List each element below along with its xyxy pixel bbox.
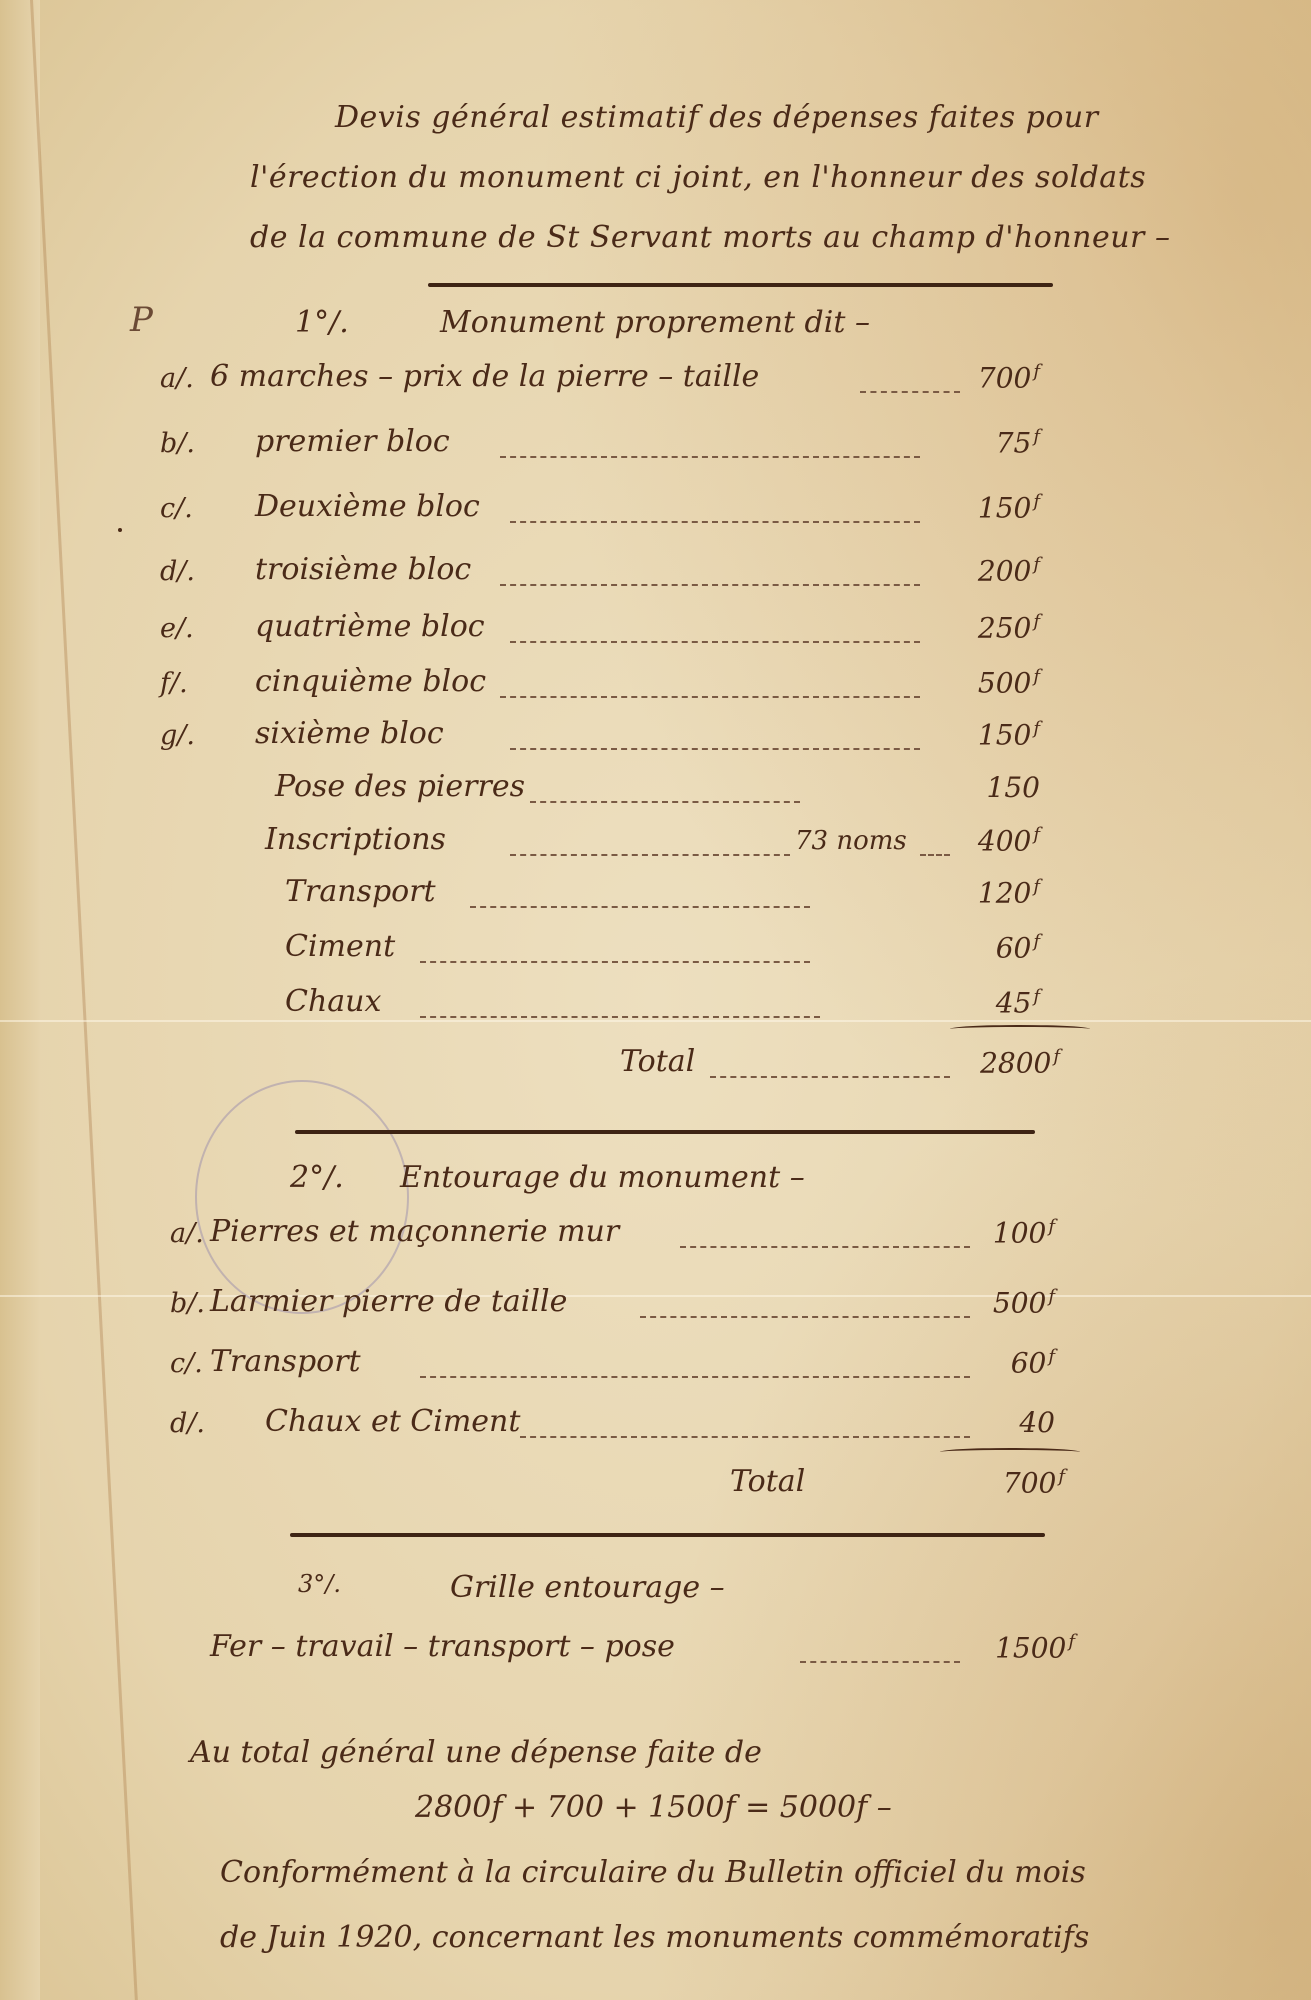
section-2-total: Total 700f — [0, 1460, 1311, 1510]
closing-line-2: de Juin 1920, concernant les monuments c… — [220, 1920, 1089, 1955]
section-1-title: Monument proprement dit – — [440, 305, 870, 340]
line-item: a/. 6 marches – prix de la pierre – tail… — [0, 355, 1311, 405]
line-item: Inscriptions 73 noms 400f — [0, 818, 1311, 868]
line-item: b/. Larmier pierre de taille 500f — [0, 1280, 1311, 1330]
section-divider — [290, 1533, 1045, 1537]
section-3-title: Grille entourage – — [450, 1570, 725, 1605]
line-item: Fer – travail – transport – pose 1500f — [0, 1625, 1311, 1675]
line-item: Chaux 45f — [0, 980, 1311, 1030]
total-underline — [950, 1025, 1090, 1033]
section-3-number: 3°/. — [298, 1570, 341, 1598]
heading-line-3: de la commune de St Servant morts au cha… — [250, 220, 1170, 255]
line-item: c/. Transport 60f — [0, 1340, 1311, 1390]
section-divider — [295, 1130, 1035, 1134]
heading-line-2: l'érection du monument ci joint, en l'ho… — [250, 160, 1146, 195]
line-item: d/. troisième bloc 200f — [0, 548, 1311, 598]
line-item: Ciment 60f — [0, 925, 1311, 975]
line-item: b/. premier bloc 75f — [0, 420, 1311, 470]
closing-line-1: Conformément à la circulaire du Bulletin… — [220, 1855, 1086, 1890]
grand-total-line: Au total général une dépense faite de — [190, 1735, 762, 1770]
line-item: e/. quatrième bloc 250f — [0, 605, 1311, 655]
grand-total-equation: 2800f + 700 + 1500f = 5000f – — [415, 1790, 892, 1825]
heading-line-1: Devis général estimatif des dépenses fai… — [335, 100, 1099, 135]
section-1-total: Total 2800f — [0, 1040, 1311, 1090]
section-divider — [428, 283, 1053, 287]
line-item: f/. cinquième bloc 500f — [0, 660, 1311, 710]
ink-stamp — [195, 1080, 409, 1314]
line-item: Pose des pierres 150 — [0, 765, 1311, 815]
margin-mark: P — [130, 300, 153, 340]
line-item: d/. Chaux et Ciment 40 — [0, 1400, 1311, 1450]
line-item: Transport 120f — [0, 870, 1311, 920]
document-page: Devis général estimatif des dépenses fai… — [0, 0, 1311, 2000]
line-item: g/. sixième bloc 150f — [0, 712, 1311, 762]
section-1-number: 1°/. — [295, 305, 349, 340]
line-item: c/. Deuxième bloc 150f — [0, 485, 1311, 535]
line-item: a/. Pierres et maçonnerie mur 100f — [0, 1210, 1311, 1260]
total-underline — [940, 1448, 1080, 1456]
section-2-title: Entourage du monument – — [400, 1160, 805, 1195]
section-2-number: 2°/. — [290, 1160, 344, 1195]
